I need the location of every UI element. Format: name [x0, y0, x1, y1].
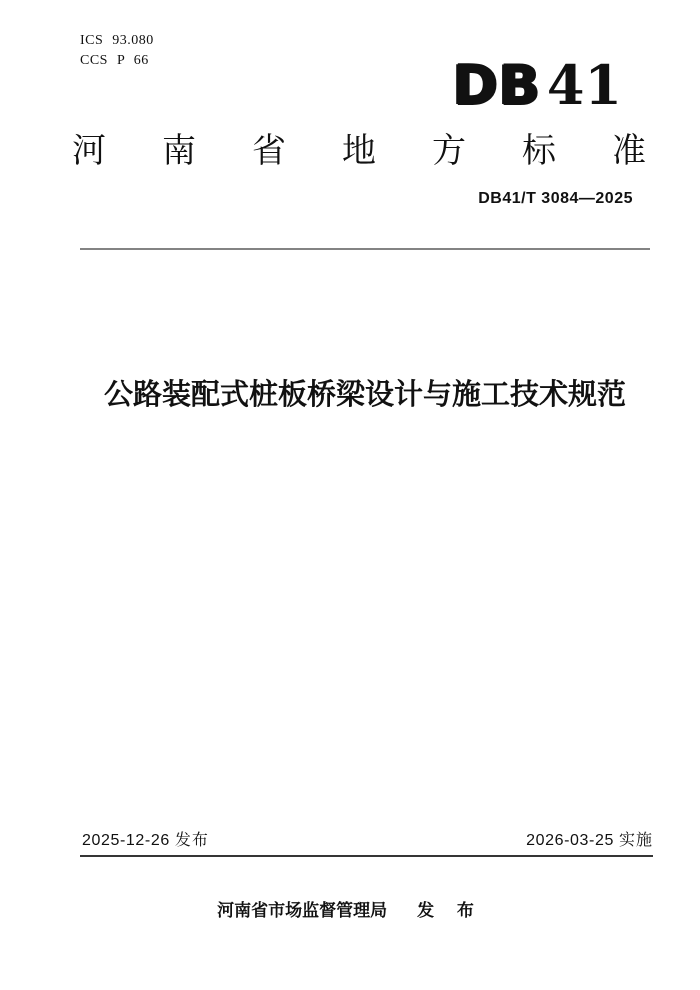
implementation-date-line: 2026-03-25实施: [526, 833, 653, 849]
issue-action-label: 发 布: [417, 901, 483, 920]
issuer-line: 河南省市场监督管理局发 布: [0, 902, 700, 919]
standard-cover-page: ICS 93.080 CCS P 66 DB41 河南省地方标准 DB41/T …: [0, 0, 700, 990]
classification-codes: ICS 93.080 CCS P 66: [80, 31, 154, 72]
ccs-code: CCS P 66: [80, 51, 154, 71]
document-title: 公路装配式桩板桥梁设计与施工技术规范: [80, 381, 650, 410]
implementation-date: 2026-03-25: [526, 832, 614, 849]
release-date-line: 2025-12-26发布: [82, 833, 209, 849]
issuer-name: 河南省市场监督管理局: [217, 901, 387, 920]
footer-rule: [80, 855, 653, 857]
release-date: 2025-12-26: [82, 832, 170, 849]
standard-number: DB41/T 3084—2025: [478, 191, 633, 207]
header-rule: [80, 248, 650, 250]
standard-type-title: 河南省地方标准: [72, 134, 700, 168]
db41-logo: DB41: [453, 58, 622, 113]
implementation-label: 实施: [619, 832, 653, 849]
db41-logo-db: DB: [453, 54, 541, 117]
release-label: 发布: [175, 832, 209, 849]
db41-logo-num: 41: [547, 53, 622, 117]
ics-code: ICS 93.080: [80, 31, 154, 51]
